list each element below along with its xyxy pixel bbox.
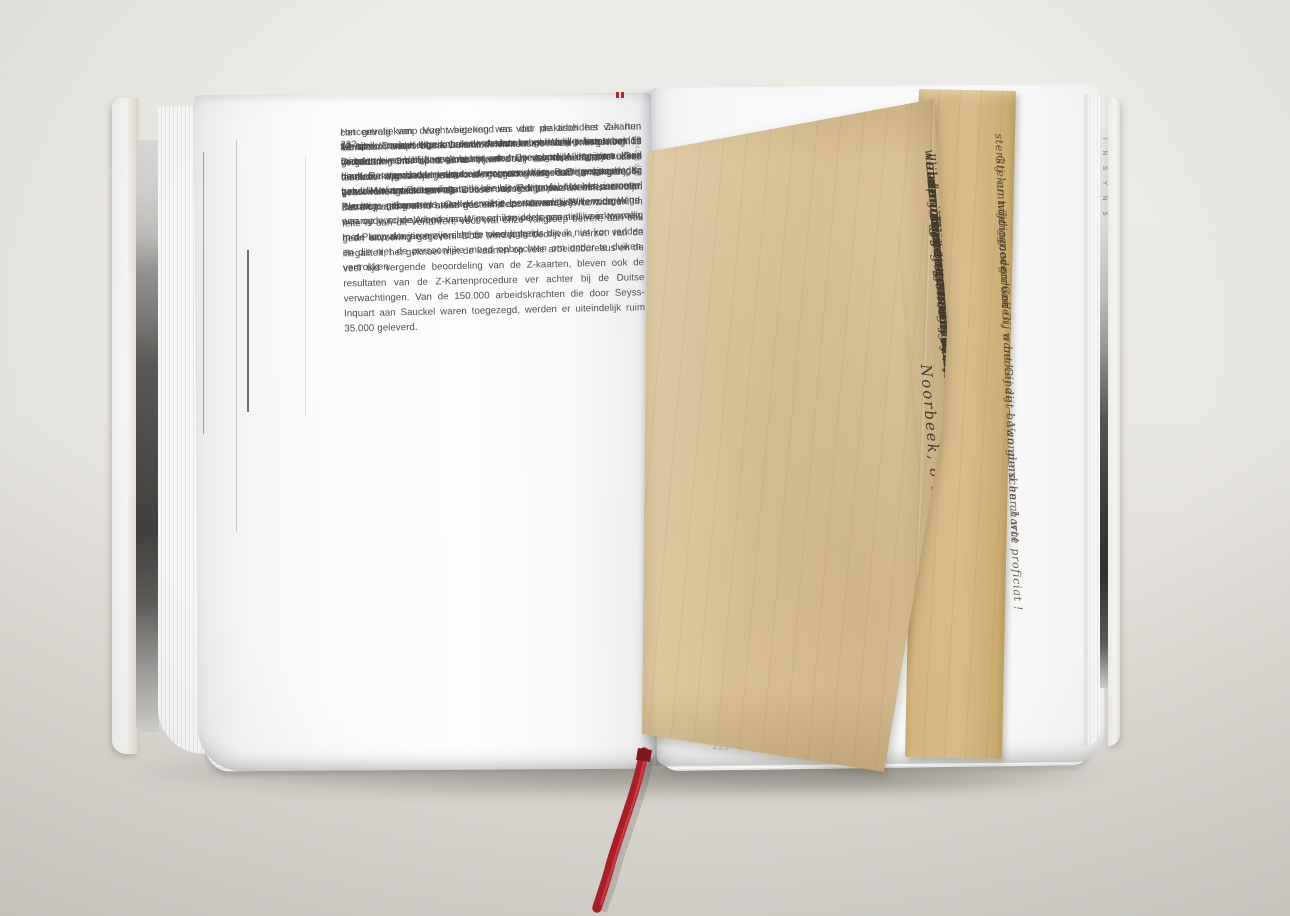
page-number-left: 222 [340,137,360,153]
photograph-open-book: concentratiekamp Vught betekend en voor … [0,0,1290,916]
spine-stitching [616,92,626,98]
handwritten-letter-front-sheet: ~~~~~~~~~~~~~~~~~~~~ ~~~~~~~~~~~~~~ ~~~~… [636,92,958,786]
right-page-edge-stack [1084,94,1100,746]
fore-edge-letters: INSYNS [1101,138,1107,226]
letter-paper: ~~~~~~~~~~~~~~~~~~~~ ~~~~~~~~~~~~~~ ~~~~… [636,92,958,786]
left-book-page: concentratiekamp Vught betekend en voor … [194,93,658,772]
fore-edge-ink-streak [247,250,249,412]
bookmark-ribbon [560,720,760,916]
fore-edge-ink-streak [203,152,204,434]
fore-edge-ink-streak [236,140,237,532]
left-fore-edge-photo-strip [136,140,159,732]
printed-text-column: concentratiekamp Vught betekend en voor … [340,119,641,125]
ribbon-fold [636,748,652,762]
left-cover-edge [112,98,138,754]
handwriting-block-front: Noorbeek, 8 Mei 1941. Zeer geachte Wed.-… [639,126,996,798]
paragraph: 14 april: Louis Kengen, broer van Jan en… [340,133,642,200]
right-cover-edge [1108,96,1120,746]
fore-edge-ink-streak [305,156,306,416]
